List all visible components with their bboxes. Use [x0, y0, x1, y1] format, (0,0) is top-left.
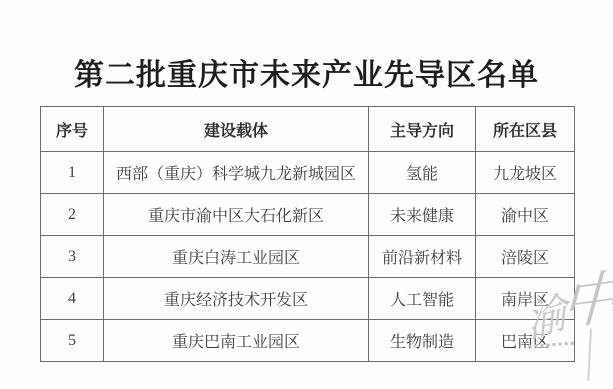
header-carrier: 建设载体	[104, 107, 369, 152]
table-header-row: 序号 建设载体 主导方向 所在区县	[41, 107, 575, 152]
header-direction: 主导方向	[369, 107, 476, 152]
cell-serial: 3	[41, 236, 104, 278]
cell-carrier: 重庆白涛工业园区	[104, 236, 369, 278]
watermark-brush-tail	[587, 329, 592, 381]
pilot-zone-table: 序号 建设载体 主导方向 所在区县 1 西部（重庆）科学城九龙新城园区 氢能 九…	[40, 106, 575, 362]
table-row: 3 重庆白涛工业园区 前沿新材料 涪陵区	[41, 236, 575, 278]
table-row: 4 重庆经济技术开发区 人工智能 南岸区	[41, 278, 575, 320]
header-serial-number: 序号	[41, 107, 104, 152]
cell-serial: 5	[41, 320, 104, 362]
cell-serial: 2	[41, 194, 104, 236]
cell-direction: 前沿新材料	[369, 236, 476, 278]
cell-district: 南岸区	[476, 278, 575, 320]
cell-district: 渝中区	[476, 194, 575, 236]
header-district: 所在区县	[476, 107, 575, 152]
document-page: 第二批重庆市未来产业先导区名单 序号 建设载体 主导方向 所在区县 1 西部（重…	[0, 0, 613, 389]
table-row: 2 重庆市渝中区大石化新区 未来健康 渝中区	[41, 194, 575, 236]
cell-carrier: 重庆巴南工业园区	[104, 320, 369, 362]
cell-serial: 1	[41, 152, 104, 194]
cell-direction: 生物制造	[369, 320, 476, 362]
cell-district: 九龙坡区	[476, 152, 575, 194]
table-row: 5 重庆巴南工业园区 生物制造 巴南区	[41, 320, 575, 362]
cell-carrier: 西部（重庆）科学城九龙新城园区	[104, 152, 369, 194]
page-title: 第二批重庆市未来产业先导区名单	[0, 50, 613, 94]
cell-direction: 氢能	[369, 152, 476, 194]
cell-district: 巴南区	[476, 320, 575, 362]
cell-direction: 人工智能	[369, 278, 476, 320]
table-row: 1 西部（重庆）科学城九龙新城园区 氢能 九龙坡区	[41, 152, 575, 194]
cell-carrier: 重庆经济技术开发区	[104, 278, 369, 320]
cell-carrier: 重庆市渝中区大石化新区	[104, 194, 369, 236]
cell-serial: 4	[41, 278, 104, 320]
cell-district: 涪陵区	[476, 236, 575, 278]
cell-direction: 未来健康	[369, 194, 476, 236]
